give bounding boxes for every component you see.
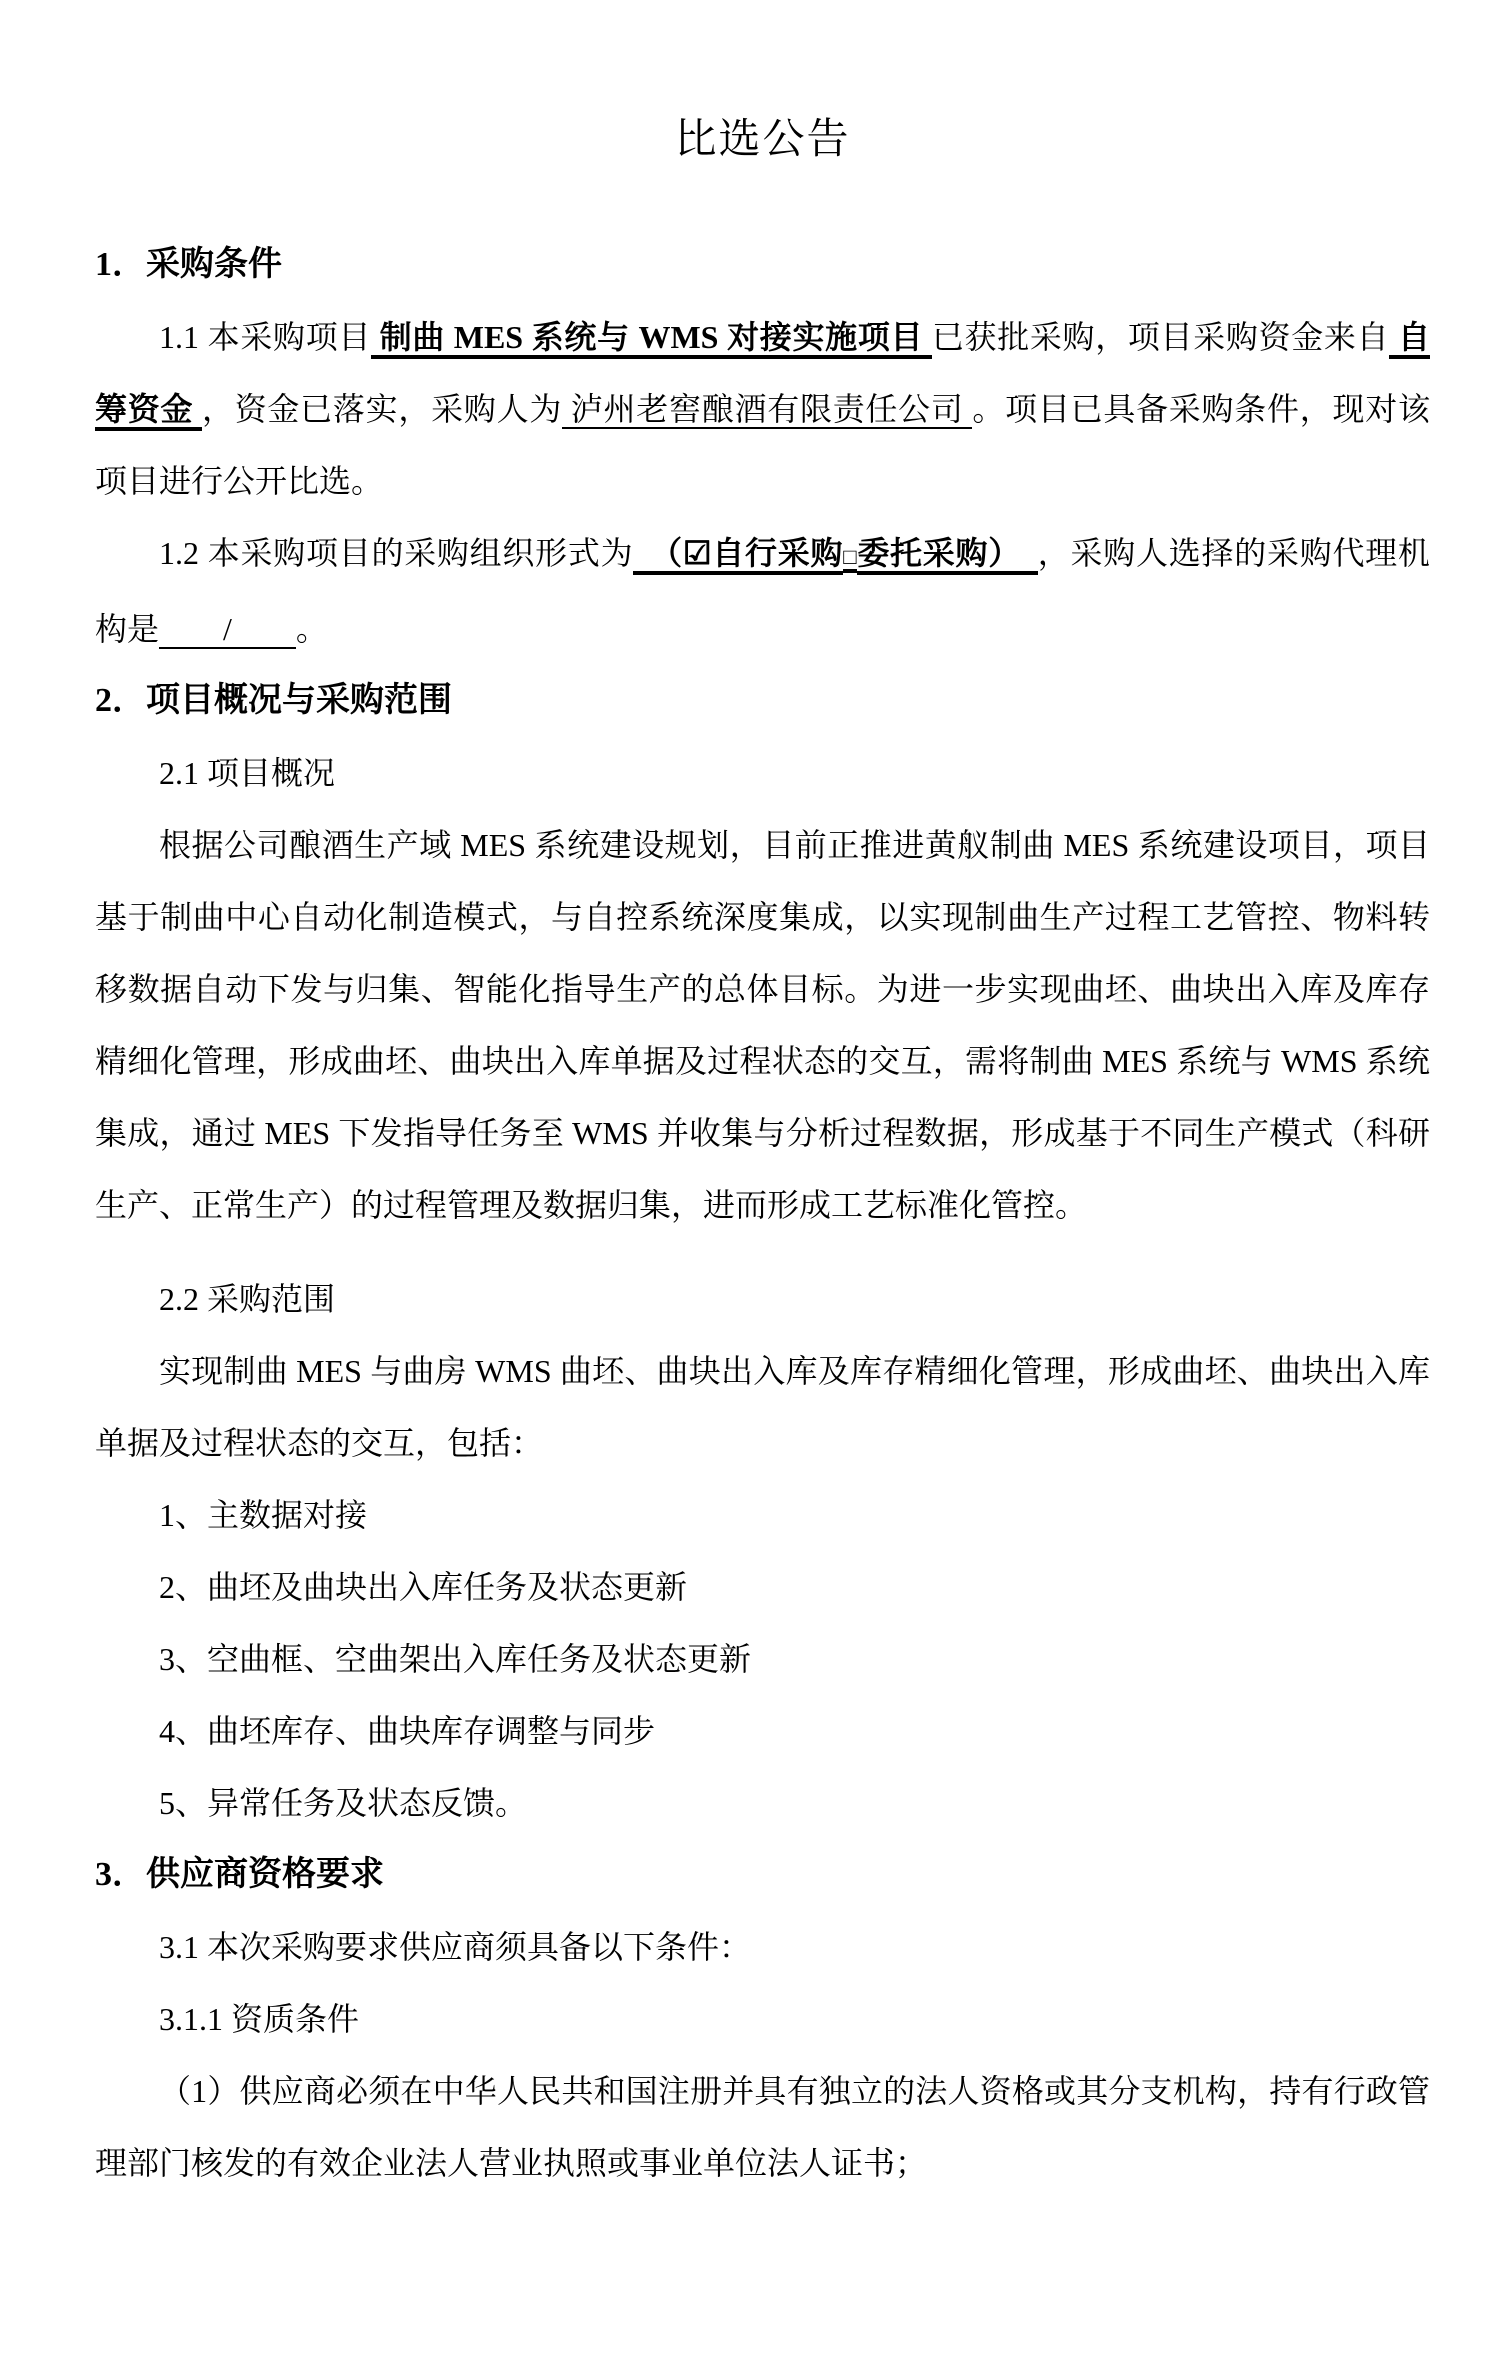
text-segment: 2.1 项目概况 bbox=[159, 755, 335, 791]
section-1-heading: 1．采购条件 bbox=[95, 229, 1430, 301]
text-segment: 1、主数据对接 bbox=[159, 1497, 367, 1533]
text-segment: 3.1 本次采购要求供应商须具备以下条件： bbox=[159, 1929, 751, 1965]
text-segment: 3．供应商资格要求 bbox=[95, 1856, 384, 1893]
text-segment: （1）供应商必须在中华人民共和国注册并具有独立的法人资格或其分支机构，持有行政管… bbox=[95, 2073, 1430, 2181]
qualification-item-1: （1）供应商必须在中华人民共和国注册并具有独立的法人资格或其分支机构，持有行政管… bbox=[95, 2055, 1430, 2199]
clause-1-2: 1.2 本采购项目的采购组织形式为 （☑自行采购□委托采购） ，采购人选择的采购… bbox=[95, 517, 1430, 665]
clause-3-1: 3.1 本次采购要求供应商须具备以下条件： bbox=[95, 1911, 1430, 1983]
text-segment: 1．采购条件 bbox=[95, 246, 282, 283]
text-segment: 已获批采购，项目采购资金来自 bbox=[932, 319, 1389, 355]
text-segment: 1.1 本采购项目 bbox=[159, 319, 371, 355]
text-segment: 委托采购） bbox=[857, 535, 1037, 575]
document-title: 比选公告 bbox=[95, 104, 1430, 176]
text-segment: 4、曲坯库存、曲块库存调整与同步 bbox=[159, 1713, 655, 1749]
clause-2-2-body: 实现制曲 MES 与曲房 WMS 曲坯、曲块出入库及库存精细化管理，形成曲坯、曲… bbox=[95, 1335, 1430, 1479]
text-segment: 。 bbox=[296, 611, 328, 647]
section-3-heading: 3．供应商资格要求 bbox=[95, 1839, 1430, 1911]
clause-1-1: 1.1 本采购项目 制曲 MES 系统与 WMS 对接实施项目 已获批采购，项目… bbox=[95, 301, 1430, 517]
checkbox-checked-icon: ☑ bbox=[683, 535, 712, 575]
scope-item-2: 2、曲坯及曲块出入库任务及状态更新 bbox=[95, 1551, 1430, 1623]
text-segment: 实现制曲 MES 与曲房 WMS 曲坯、曲块出入库及库存精细化管理，形成曲坯、曲… bbox=[95, 1353, 1430, 1461]
scope-item-1: 1、主数据对接 bbox=[95, 1479, 1430, 1551]
text-segment: 泸州老窖酿酒有限责任公司 bbox=[562, 391, 972, 429]
text-segment: 制曲 MES 系统与 WMS 对接实施项目 bbox=[371, 319, 932, 359]
scope-item-4: 4、曲坯库存、曲块库存调整与同步 bbox=[95, 1695, 1430, 1767]
text-segment: ，资金已落实，采购人为 bbox=[202, 391, 562, 427]
text-segment: 2．项目概况与采购范围 bbox=[95, 682, 452, 719]
text-segment: 2.2 采购范围 bbox=[159, 1281, 335, 1317]
clause-2-1-body: 根据公司酿酒生产域 MES 系统建设规划，目前正推进黄舣制曲 MES 系统建设项… bbox=[95, 809, 1430, 1241]
clause-2-1-heading: 2.1 项目概况 bbox=[95, 737, 1430, 809]
clause-3-1-1-heading: 3.1.1 资质条件 bbox=[95, 1983, 1430, 2055]
text-segment: / bbox=[159, 611, 296, 649]
checkbox-unchecked-icon: □ bbox=[843, 544, 857, 573]
scope-item-5: 5、异常任务及状态反馈。 bbox=[95, 1767, 1430, 1839]
text-segment: （ bbox=[633, 535, 682, 575]
text-segment: 3.1.1 资质条件 bbox=[159, 2001, 359, 2037]
text-segment: 根据公司酿酒生产域 MES 系统建设规划，目前正推进黄舣制曲 MES 系统建设项… bbox=[95, 827, 1430, 1223]
scope-item-3: 3、空曲框、空曲架出入库任务及状态更新 bbox=[95, 1623, 1430, 1695]
text-segment: 5、异常任务及状态反馈。 bbox=[159, 1785, 527, 1821]
text-segment: 2、曲坯及曲块出入库任务及状态更新 bbox=[159, 1569, 687, 1605]
text-segment: 1.2 本采购项目的采购组织形式为 bbox=[159, 535, 633, 571]
text-segment: 自行采购 bbox=[712, 535, 844, 575]
clause-2-2-heading: 2.2 采购范围 bbox=[95, 1263, 1430, 1335]
text-segment: 3、空曲框、空曲架出入库任务及状态更新 bbox=[159, 1641, 751, 1677]
document-body: 1．采购条件1.1 本采购项目 制曲 MES 系统与 WMS 对接实施项目 已获… bbox=[95, 229, 1430, 2199]
document-page: 比选公告 1．采购条件1.1 本采购项目 制曲 MES 系统与 WMS 对接实施… bbox=[0, 0, 1500, 2366]
section-2-heading: 2．项目概况与采购范围 bbox=[95, 665, 1430, 737]
